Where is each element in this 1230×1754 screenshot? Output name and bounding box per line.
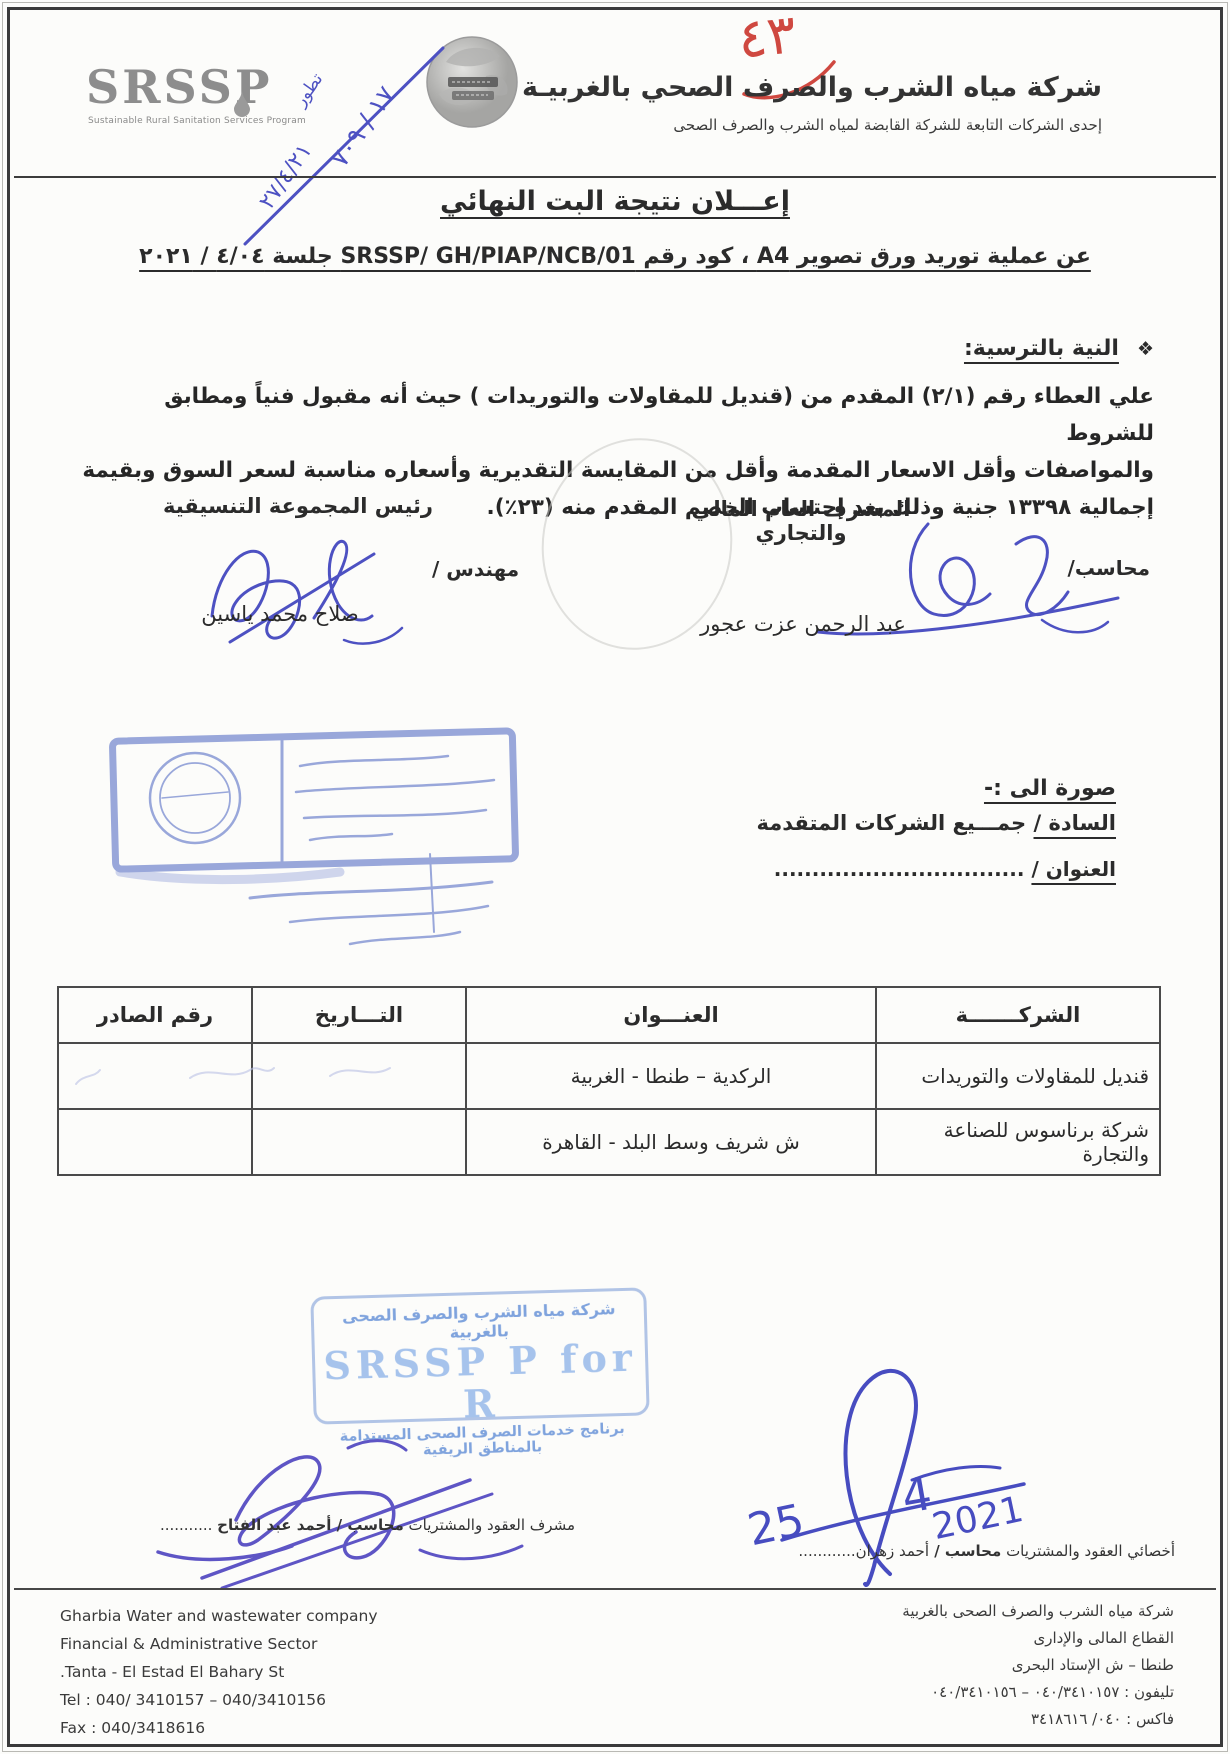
footer-ar-line1: شركة مياه الشرب والصرف الصحى بالغربية <box>902 1598 1174 1625</box>
signatory-left-name: صلاح محمد ياسين <box>160 602 400 626</box>
footer-ar-line5: فاكس : ٠٤٠/ ٣٤١٨٦١٦ <box>902 1706 1174 1733</box>
cell-company-2: شركة برناسوس للصناعة والتجارة <box>876 1109 1160 1175</box>
document-title-text: إعـــلان نتيجة البت النهائي <box>440 186 790 217</box>
signature-right-icon <box>800 510 1130 670</box>
bottom-left-signature-label: مشرف العقود والمشتريات محاسب / أحمد عبد … <box>130 1516 575 1534</box>
award-paragraph-line1: علي العطاء رقم (٢/١) المقدم من (قنديل لل… <box>72 378 1154 452</box>
approval-stamp <box>100 722 540 962</box>
copy-to-heading: صورة الى :- <box>756 776 1116 801</box>
footer-ar-line3: طنطا – ش الإستاد البحرى <box>902 1652 1174 1679</box>
col-header-outgoing-number: رقم الصادر <box>58 987 252 1043</box>
footer-en-line3: .Tanta - El Estad El Bahary St <box>60 1658 378 1686</box>
col-header-date: التـــاريخ <box>252 987 466 1043</box>
footer-en-line2: Financial & Administrative Sector <box>60 1630 378 1658</box>
br-label-name: أحمد زهران <box>856 1542 929 1560</box>
red-mark-number: ٤٣ <box>735 7 798 67</box>
bottom-right-signature-label: أخصائي العقود والمشتريات محاسب / أحمد زه… <box>700 1542 1175 1560</box>
footer-divider <box>14 1588 1216 1590</box>
subject-text: عن عملية توريد ورق تصوير A4 ، كود رقم SR… <box>139 244 1091 269</box>
document-title: إعـــلان نتيجة البت النهائي <box>0 186 1230 217</box>
company-subtitle: إحدى الشركات التابعة للشركة القابضة لميا… <box>673 116 1102 134</box>
scanned-document-page: SRSSP Sustainable Rural Sanitation Servi… <box>0 0 1230 1754</box>
bl-label-prefix: مشرف العقود والمشتريات <box>404 1516 575 1534</box>
cell-number-2 <box>58 1109 252 1175</box>
signature-bottom-left-icon <box>140 1428 600 1593</box>
copy-to-line1-label: السادة / <box>1034 811 1117 835</box>
br-label-prefix: أخصائي العقود والمشتريات <box>1001 1542 1175 1560</box>
signatory-left-title: رئيس المجموعة التنسيقية <box>158 494 438 518</box>
col-header-company: الشركـــــــة <box>876 987 1160 1043</box>
br-label-dots: ............ <box>798 1542 855 1560</box>
header-divider <box>14 176 1216 178</box>
table-header-row: الشركـــــــة العنـــوان التـــاريخ رقم … <box>58 987 1160 1043</box>
footer-en-line4: Tel : 040/ 3410157 – 040/3410156 <box>60 1686 378 1714</box>
award-heading-text: النية بالترسية: <box>964 336 1119 361</box>
copy-to-block: صورة الى :- السادة / جمـــيع الشركات الم… <box>756 776 1116 881</box>
company-name: شركة مياه الشرب والصرف الصحي بالغربيـة <box>522 72 1102 103</box>
br-label-role: محاسب / <box>929 1542 1001 1560</box>
bl-label-role: محاسب / <box>331 1516 403 1534</box>
award-section-heading: ❖ النية بالترسية: <box>964 336 1154 361</box>
signatory-left-role: مهندس / <box>432 557 519 581</box>
copy-to-line1: السادة / جمـــيع الشركات المتقدمة <box>756 811 1116 835</box>
diamond-bullet-icon: ❖ <box>1137 338 1154 360</box>
srssp-program-stamp: شركة مياه الشرب والصرف الصحى بالغربية SR… <box>310 1287 649 1424</box>
footer-ar-line4: تليفون : ٠٤٠/٣٤١٠١٥٧ – ٠٤٠/٣٤١٠١٥٦ <box>902 1679 1174 1706</box>
table-row: شركة برناسوس للصناعة والتجارة ش شريف وسط… <box>58 1109 1160 1175</box>
cell-company-1: قنديل للمقاولات والتوريدات <box>876 1043 1160 1109</box>
footer-arabic: شركة مياه الشرب والصرف الصحى بالغربية ال… <box>902 1598 1174 1733</box>
bl-label-name: أحمد عبد الفتاح <box>217 1516 331 1534</box>
srssp-stamp-line2: SRSSP P for R <box>315 1336 647 1429</box>
footer-english: Gharbia Water and wastewater company Fin… <box>60 1602 378 1742</box>
cell-date-2 <box>252 1109 466 1175</box>
faint-cell-scribble <box>70 1048 430 1098</box>
subject-line: عن عملية توريد ورق تصوير A4 ، كود رقم SR… <box>0 244 1230 269</box>
handwritten-routing-note: تطور ١٧ / ٧٠٩ ٢٧/٤/٢١ <box>225 40 460 255</box>
footer-en-line1: Gharbia Water and wastewater company <box>60 1602 378 1630</box>
bl-label-dots: ........... <box>160 1516 217 1534</box>
copy-to-line2-label: العنوان / <box>1031 857 1116 881</box>
signature-left-icon <box>196 520 426 670</box>
signatory-right-name: عبد الرحمن عزت عجور <box>668 612 938 636</box>
footer-ar-line2: القطاع المالى والإدارى <box>902 1625 1174 1652</box>
cell-address-1: الركدية – طنطا - الغربية <box>466 1043 876 1109</box>
cell-address-2: ش شريف وسط البلد - القاهرة <box>466 1109 876 1175</box>
copy-to-line2-value: ................................. <box>774 857 1032 881</box>
footer-en-line5: Fax : 040/3418616 <box>60 1714 378 1742</box>
col-header-address: العنـــوان <box>466 987 876 1043</box>
copy-to-line2: العنوان / ..............................… <box>756 857 1116 881</box>
copy-to-line1-value: جمـــيع الشركات المتقدمة <box>756 811 1033 835</box>
